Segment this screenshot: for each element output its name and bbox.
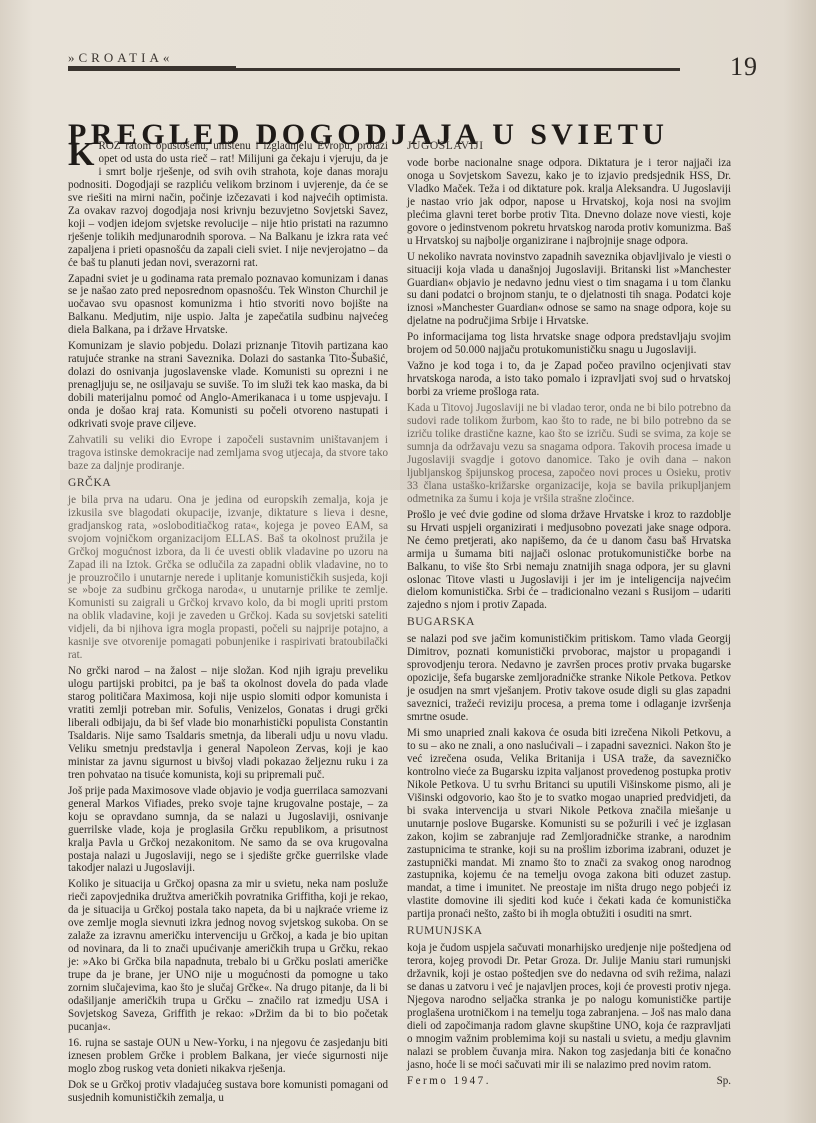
intro-paragraph-4: Zahvatili su veliki dio Evrope i započel… xyxy=(68,434,388,473)
section-heading-greece: GRČKA xyxy=(68,477,388,490)
greece-paragraph-2: No grčki narod – na žalost – nije složan… xyxy=(68,665,388,782)
section-heading-bulgaria: BUGARSKA xyxy=(407,616,731,629)
running-header: »CROATIA« 19 xyxy=(68,44,758,84)
header-rule xyxy=(68,68,680,71)
right-column: JUGOSLAVIJI vode borbe nacionalne snage … xyxy=(407,140,731,1088)
yugoslavia-paragraph-6: Prošlo je već dvie godine od sloma držav… xyxy=(407,509,731,613)
yugoslavia-paragraph-5: Kada u Titovoj Jugoslaviji ne bi vladao … xyxy=(407,402,731,506)
yugoslavia-paragraph-2: U nekoliko navrata novinstvo zapadnih sa… xyxy=(407,251,731,329)
magazine-page: »CROATIA« 19 PREGLED DOGODJAJA U SVIETU … xyxy=(0,0,816,1123)
intro-paragraph-1: K ROZ ratom opustošenu, uništenu i izgla… xyxy=(68,140,388,270)
greece-paragraph-1: je bila prva na udaru. Ona je jedina od … xyxy=(68,494,388,662)
intro-paragraph-2: Zapadni sviet je u godinama rata premalo… xyxy=(68,273,388,338)
yugoslavia-paragraph-1: vode borbe nacionalne snage odpora. Dikt… xyxy=(407,157,731,248)
romania-paragraph-1: koja je čudom uspjela sačuvati monarhijs… xyxy=(407,942,731,1072)
drop-cap: K xyxy=(68,142,94,168)
greece-paragraph-6: Dok se u Grčkoj protiv vladajućeg sustav… xyxy=(68,1079,388,1105)
article-footer: Fermo 1947. Sp. xyxy=(407,1075,731,1088)
section-heading-romania: RUMUNJSKA xyxy=(407,925,731,938)
bulgaria-paragraph-1: se nalazi pod sve jačim komunističkim pr… xyxy=(407,633,731,724)
left-column: K ROZ ratom opustošenu, uništenu i izgla… xyxy=(68,140,388,1108)
bulgaria-paragraph-2: Mi smo unapried znali kakova će osuda bi… xyxy=(407,727,731,921)
journal-name: »CROATIA« xyxy=(68,50,173,66)
yugoslavia-paragraph-3: Po informacijama tog lista hrvatske snag… xyxy=(407,331,731,357)
intro-paragraph-1-text: ROZ ratom opustošenu, uništenu i izgladn… xyxy=(68,140,388,269)
yugoslavia-paragraph-4: Važno je kod toga i to, da je Zapad poče… xyxy=(407,360,731,399)
greece-paragraph-4: Koliko je situacija u Grčkoj opasna za m… xyxy=(68,878,388,1033)
author-signature: Sp. xyxy=(717,1075,731,1088)
dateline: Fermo 1947. xyxy=(407,1075,491,1088)
section-heading-yugoslavia: JUGOSLAVIJI xyxy=(407,140,731,153)
greece-paragraph-5: 16. rujna se sastaje OUN u New-Yorku, i … xyxy=(68,1037,388,1076)
page-number: 19 xyxy=(730,52,758,82)
intro-paragraph-3: Komunizam je slavio pobjedu. Dolazi priz… xyxy=(68,340,388,431)
greece-paragraph-3: Još prije pada Maximosove vlade objavio … xyxy=(68,785,388,876)
